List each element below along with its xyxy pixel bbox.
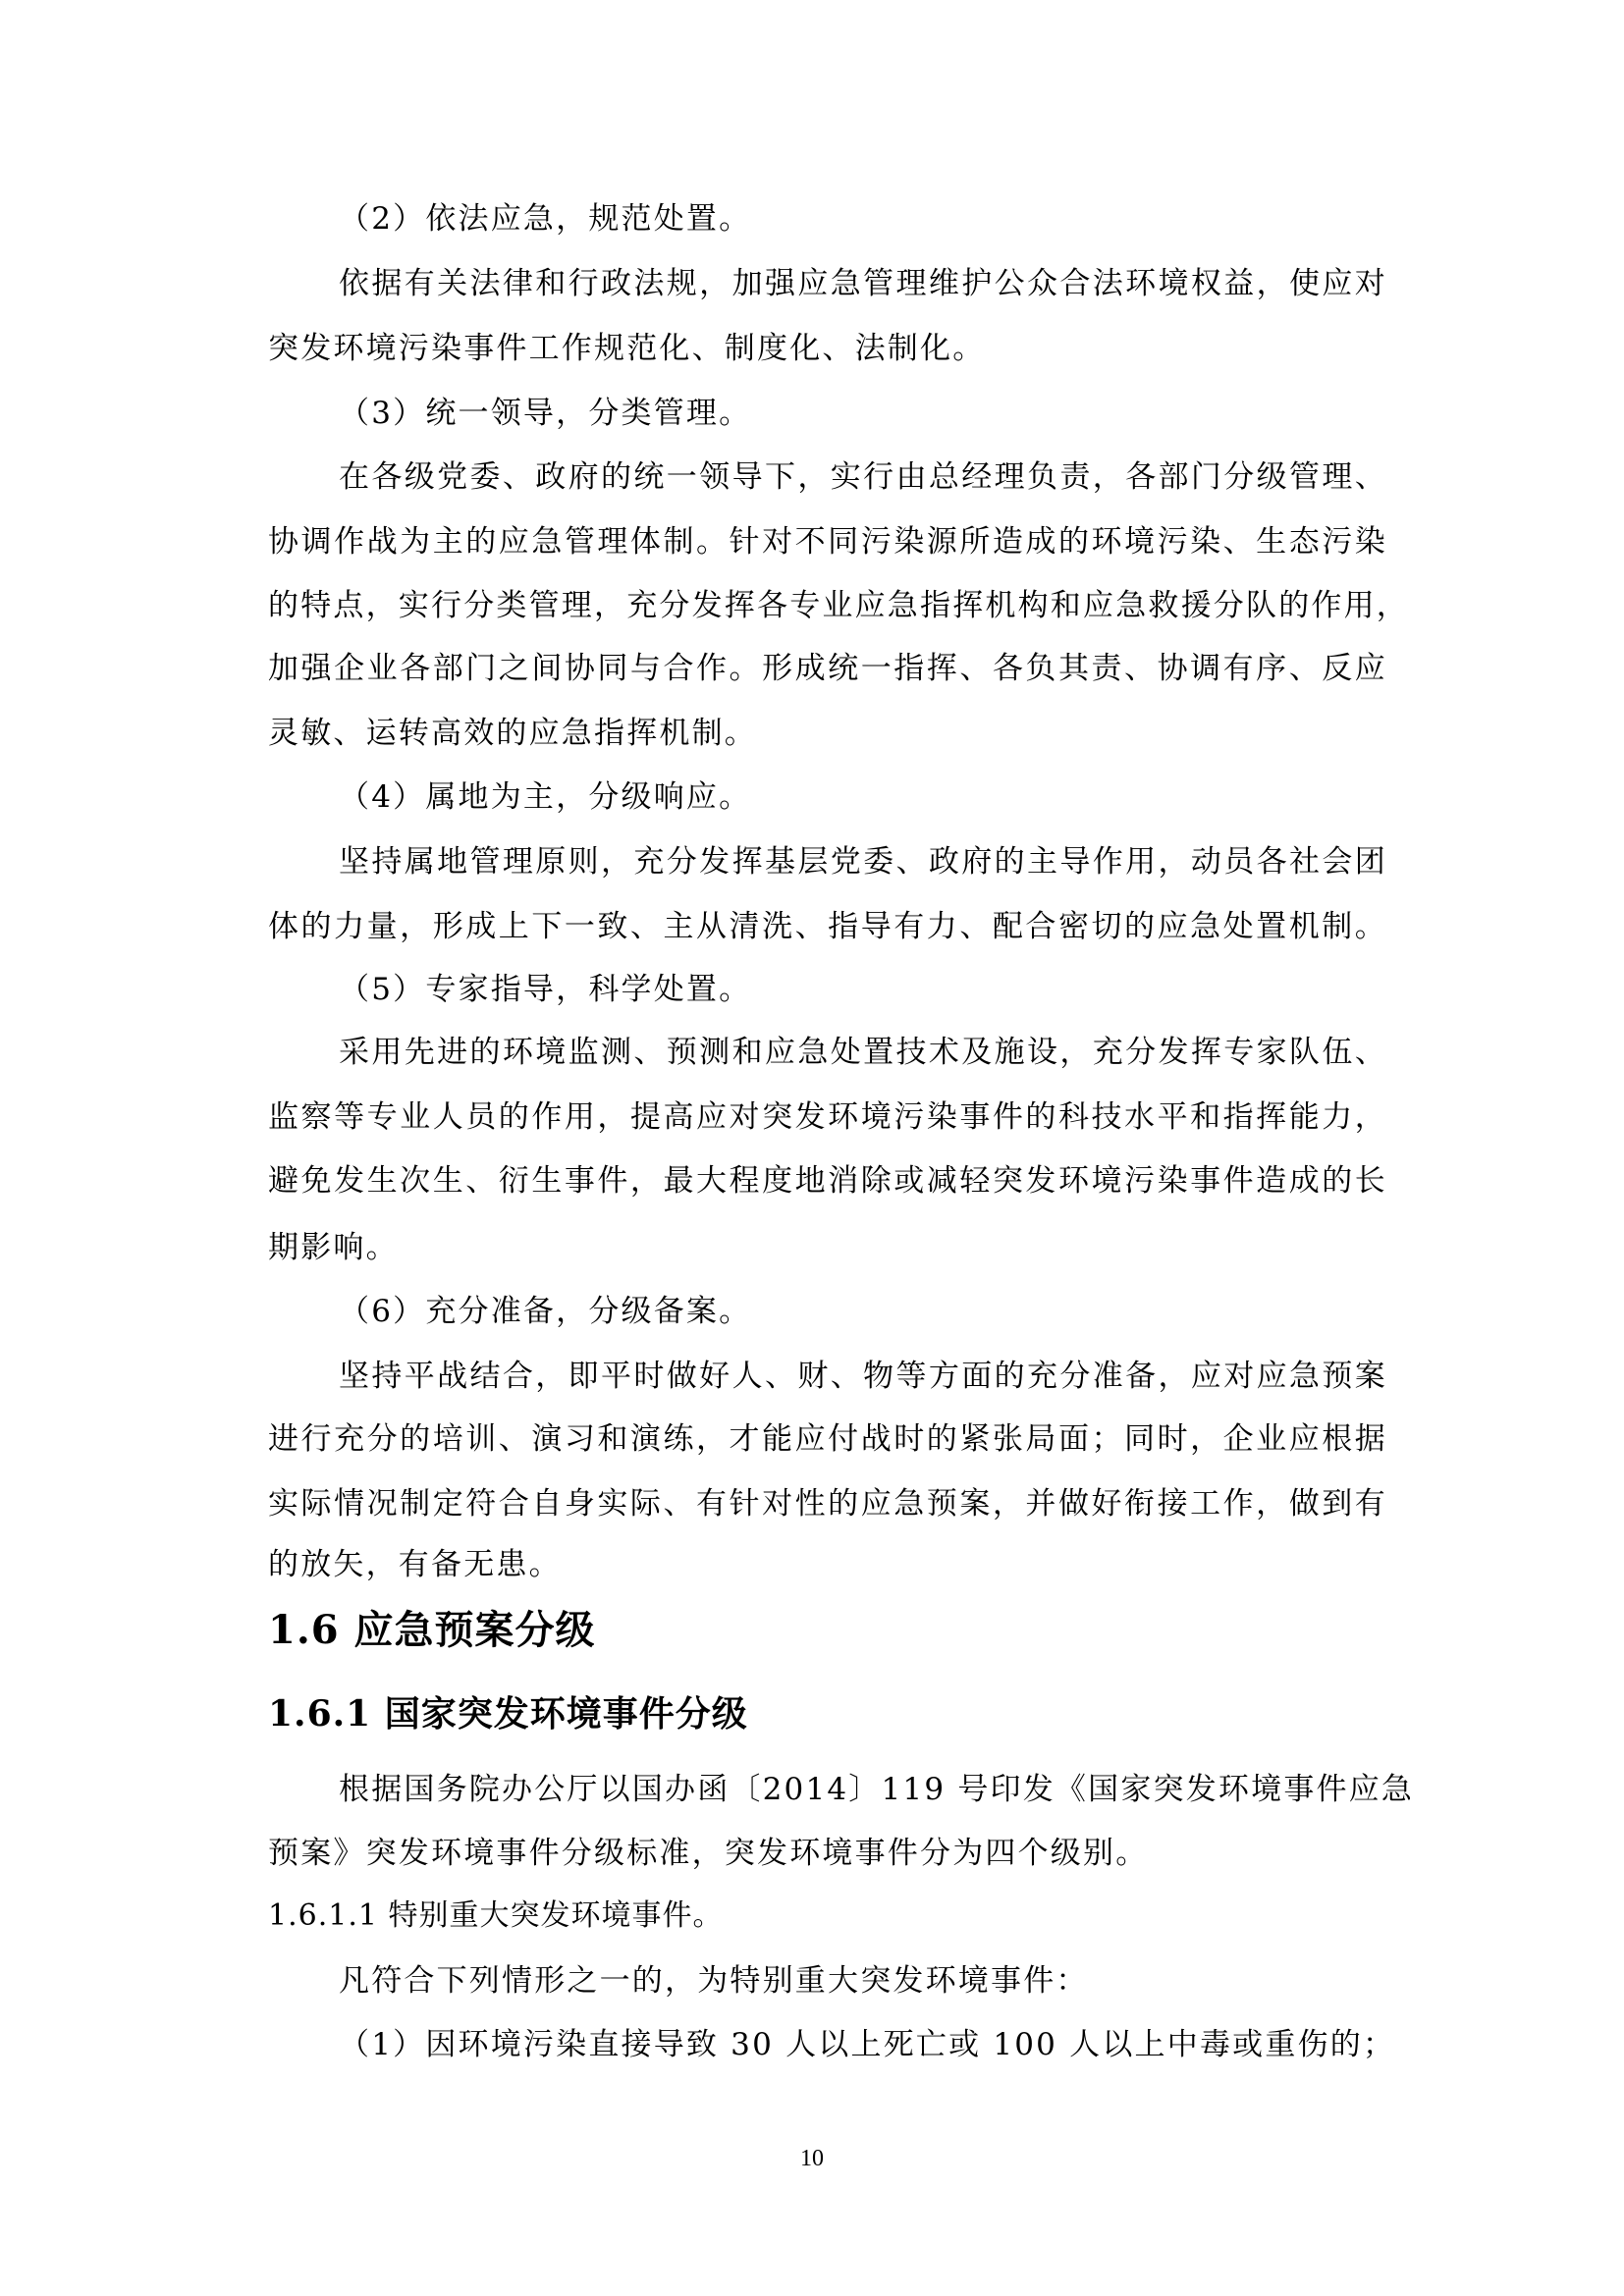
text-line: 突发环境污染事件工作规范化、制度化、法制化。 <box>268 329 1387 368</box>
text-line: 监察等专业人员的作用，提高应对突发环境污染事件的科技水平和指挥能力， <box>268 1097 1387 1137</box>
text-line: 期影响。 <box>268 1228 1387 1267</box>
text-line: 凡符合下列情形之一的，为特别重大突发环境事件： <box>339 1961 1387 2001</box>
page-number: 10 <box>0 2146 1624 2172</box>
text-line: 采用先进的环境监测、预测和应急处置技术及施设，充分发挥专家队伍、 <box>339 1033 1387 1072</box>
text-line: 灵敏、运转高效的应急指挥机制。 <box>268 714 1387 753</box>
text-line: （1）因环境污染直接导致 30 人以上死亡或 100 人以上中毒或重伤的； <box>339 2025 1387 2064</box>
text-line: （6）充分准备，分级备案。 <box>339 1292 1387 1331</box>
text-line: 的放矢，有备无患。 <box>268 1545 1387 1584</box>
text-line: 进行充分的培训、演习和演练，才能应付战时的紧张局面；同时，企业应根据 <box>268 1419 1387 1459</box>
text-line: 加强企业各部门之间协同与合作。形成统一指挥、各负其责、协调有序、反应 <box>268 649 1387 688</box>
text-line: 坚持平战结合，即平时做好人、财、物等方面的充分准备，应对应急预案 <box>339 1357 1387 1396</box>
text-line: 依据有关法律和行政法规，加强应急管理维护公众合法环境权益，使应对 <box>339 264 1387 303</box>
section-heading-1-6-1-1: 1.6.1.1 特别重大突发环境事件。 <box>268 1896 1387 1936</box>
text-line: （2）依法应急，规范处置。 <box>339 199 1387 239</box>
text-line: （4）属地为主，分级响应。 <box>339 777 1387 817</box>
text-line: 的特点，实行分类管理，充分发挥各专业应急指挥机构和应急救援分队的作用， <box>268 586 1387 625</box>
text-line: 在各级党委、政府的统一领导下，实行由总经理负责，各部门分级管理、 <box>339 457 1387 497</box>
text-line: 预案》突发环境事件分级标准，突发环境事件分为四个级别。 <box>268 1834 1387 1873</box>
text-line: 体的力量，形成上下一致、主从清洗、指导有力、配合密切的应急处置机制。 <box>268 907 1387 946</box>
text-line: （5）专家指导，科学处置。 <box>339 970 1387 1009</box>
text-line: 避免发生次生、衍生事件，最大程度地消除或减轻突发环境污染事件造成的长 <box>268 1161 1387 1201</box>
text-line: （3）统一领导，分类管理。 <box>339 394 1387 433</box>
text-line: 坚持属地管理原则，充分发挥基层党委、政府的主导作用，动员各社会团 <box>339 842 1387 881</box>
text-line: 协调作战为主的应急管理体制。针对不同污染源所造成的环境污染、生态污染 <box>268 522 1387 561</box>
text-line: 实际情况制定符合自身实际、有针对性的应急预案，并做好衔接工作，做到有 <box>268 1484 1387 1523</box>
section-heading-1-6-1: 1.6.1 国家突发环境事件分级 <box>268 1694 1387 1734</box>
text-line: 根据国务院办公厅以国办函〔2014〕119 号印发《国家突发环境事件应急 <box>339 1770 1387 1809</box>
section-heading-1-6: 1.6 应急预案分级 <box>268 1611 1387 1650</box>
